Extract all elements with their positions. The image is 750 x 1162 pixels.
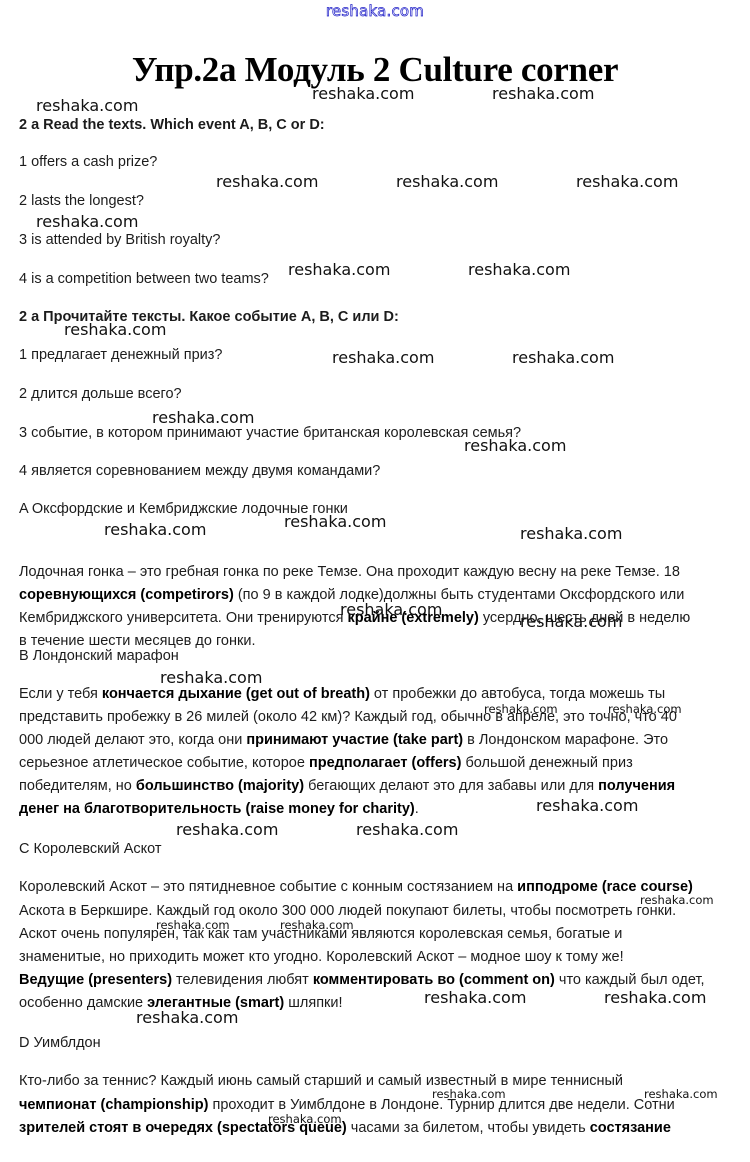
- watermark: reshaka.com: [36, 97, 138, 115]
- task-ru-question: 2 длится дольше всего?: [19, 385, 182, 403]
- text-a-line: Лодочная гонка – это гребная гонка по ре…: [19, 563, 680, 581]
- text-d-line: чемпионат (championship) проходит в Уимб…: [19, 1096, 675, 1114]
- highlighted-term: получения: [598, 778, 675, 794]
- watermark: reshaka.com: [468, 261, 570, 279]
- text-c-heading: C Королевский Аскот: [19, 840, 162, 858]
- highlighted-term: (raise money for charity): [241, 801, 414, 817]
- watermark: reshaka.com: [492, 85, 594, 103]
- text-run: знаменитые, но приходить может кто угодн…: [19, 949, 624, 965]
- text-run: представить пробежку в 26 милей (около 4…: [19, 709, 677, 725]
- text-b-line: серьезное атлетическое событие, которое …: [19, 754, 633, 772]
- watermark: reshaka.com: [640, 891, 714, 909]
- text-run: .: [415, 801, 419, 817]
- site-watermark-link[interactable]: reshaka.com: [0, 2, 750, 20]
- watermark: reshaka.com: [536, 797, 638, 815]
- text-run: большой денежный приз: [461, 755, 632, 771]
- watermark: reshaka.com: [152, 409, 254, 427]
- task-en-heading: 2 a Read the texts. Which event A, B, C …: [19, 116, 325, 134]
- text-run: победителям, но: [19, 778, 136, 794]
- text-run: бегающих делают это для забавы или для: [304, 778, 598, 794]
- watermark: reshaka.com: [312, 85, 414, 103]
- text-c-line: знаменитые, но приходить может кто угодн…: [19, 948, 624, 966]
- watermark: reshaka.com: [176, 821, 278, 839]
- watermark: reshaka.com: [576, 173, 678, 191]
- text-d-heading: D Уимблдон: [19, 1034, 101, 1052]
- text-b-line: 000 людей делают это, когда они принимаю…: [19, 731, 668, 749]
- task-ru-question: 1 предлагает денежный приз?: [19, 346, 222, 364]
- watermark: reshaka.com: [36, 213, 138, 231]
- highlighted-term: комментировать во (comment on): [313, 972, 555, 988]
- watermark: reshaka.com: [644, 1085, 718, 1103]
- watermark: reshaka.com: [396, 173, 498, 191]
- task-en-question: 2 lasts the longest?: [19, 192, 144, 210]
- text-b-line: представить пробежку в 26 милей (около 4…: [19, 708, 677, 726]
- watermark: reshaka.com: [156, 916, 230, 934]
- text-run: что каждый был одет,: [555, 972, 705, 988]
- task-ru-question: 4 является соревнованием между двумя ком…: [19, 462, 380, 480]
- watermark: reshaka.com: [104, 521, 206, 539]
- watermark: reshaka.com: [216, 173, 318, 191]
- text-b-line: победителям, но большинство (majority) б…: [19, 777, 675, 795]
- highlighted-term: большинство (majority): [136, 778, 304, 794]
- highlighted-term: Ведущие (presenters): [19, 972, 172, 988]
- watermark: reshaka.com: [608, 700, 682, 718]
- text-run: телевидения любят: [172, 972, 313, 988]
- text-run: в Лондонском марафоне. Это: [463, 732, 668, 748]
- text-d-line: зрителей стоят в очередях (spectators qu…: [19, 1119, 671, 1137]
- highlighted-term: кончается дыхание (get out of breath): [102, 686, 370, 702]
- highlighted-term: предполагает (offers): [309, 755, 461, 771]
- text-b-line: денег на благотворительность (raise mone…: [19, 800, 419, 818]
- highlighted-term: состязание: [590, 1120, 671, 1136]
- text-b-line: Если у тебя кончается дыхание (get out o…: [19, 685, 665, 703]
- watermark: reshaka.com: [280, 916, 354, 934]
- text-run: Если у тебя: [19, 686, 102, 702]
- task-en-question: 4 is a competition between two teams?: [19, 270, 269, 288]
- text-run: Королевский Аскот – это пятидневное собы…: [19, 879, 517, 895]
- text-run: 000 людей делают это, когда они: [19, 732, 246, 748]
- watermark: reshaka.com: [424, 989, 526, 1007]
- document-page: reshaka.com Упр.2а Модуль 2 Culture corn…: [0, 0, 750, 1162]
- watermark: reshaka.com: [464, 437, 566, 455]
- watermark: reshaka.com: [512, 349, 614, 367]
- watermark: reshaka.com: [604, 989, 706, 1007]
- watermark: reshaka.com: [356, 821, 458, 839]
- task-en-question: 3 is attended by British royalty?: [19, 231, 221, 249]
- watermark: reshaka.com: [520, 613, 622, 631]
- highlighted-term: соревнующихся (competirors): [19, 587, 234, 603]
- text-d-line: Кто-либо за теннис? Каждый июнь самый ст…: [19, 1072, 623, 1090]
- text-run: (по 9 в каждой лодке)должны быть студент…: [234, 587, 684, 603]
- text-b-heading: B Лондонский марафон: [19, 647, 179, 665]
- text-c-line: Ведущие (presenters) телевидения любят к…: [19, 971, 705, 989]
- watermark: reshaka.com: [332, 349, 434, 367]
- text-run: шляпки!: [284, 995, 342, 1011]
- watermark: reshaka.com: [64, 321, 166, 339]
- watermark: reshaka.com: [136, 1009, 238, 1027]
- text-run: особенно дамские: [19, 995, 147, 1011]
- highlighted-term: принимают участие (take part): [246, 732, 463, 748]
- highlighted-term: денег на благотворительность: [19, 801, 241, 817]
- text-run: Кто-либо за теннис? Каждый июнь самый ст…: [19, 1073, 623, 1089]
- text-run: Лодочная гонка – это гребная гонка по ре…: [19, 564, 680, 580]
- text-run: серьезное атлетическое событие, которое: [19, 755, 309, 771]
- watermark: reshaka.com: [160, 669, 262, 687]
- text-run: часами за билетом, чтобы увидеть: [347, 1120, 590, 1136]
- watermark: reshaka.com: [484, 700, 558, 718]
- watermark: reshaka.com: [268, 1110, 342, 1128]
- task-ru-question: 3 событие, в котором принимают участие б…: [19, 424, 521, 442]
- text-c-line: Королевский Аскот – это пятидневное собы…: [19, 878, 693, 896]
- text-run: Кембриджского университета. Они тренирую…: [19, 610, 347, 626]
- watermark: reshaka.com: [520, 525, 622, 543]
- watermark: reshaka.com: [288, 261, 390, 279]
- watermark: reshaka.com: [432, 1085, 506, 1103]
- watermark: reshaka.com: [284, 513, 386, 531]
- watermark: reshaka.com: [340, 601, 442, 619]
- task-en-question: 1 offers a cash prize?: [19, 153, 157, 171]
- highlighted-term: чемпионат (championship): [19, 1097, 208, 1113]
